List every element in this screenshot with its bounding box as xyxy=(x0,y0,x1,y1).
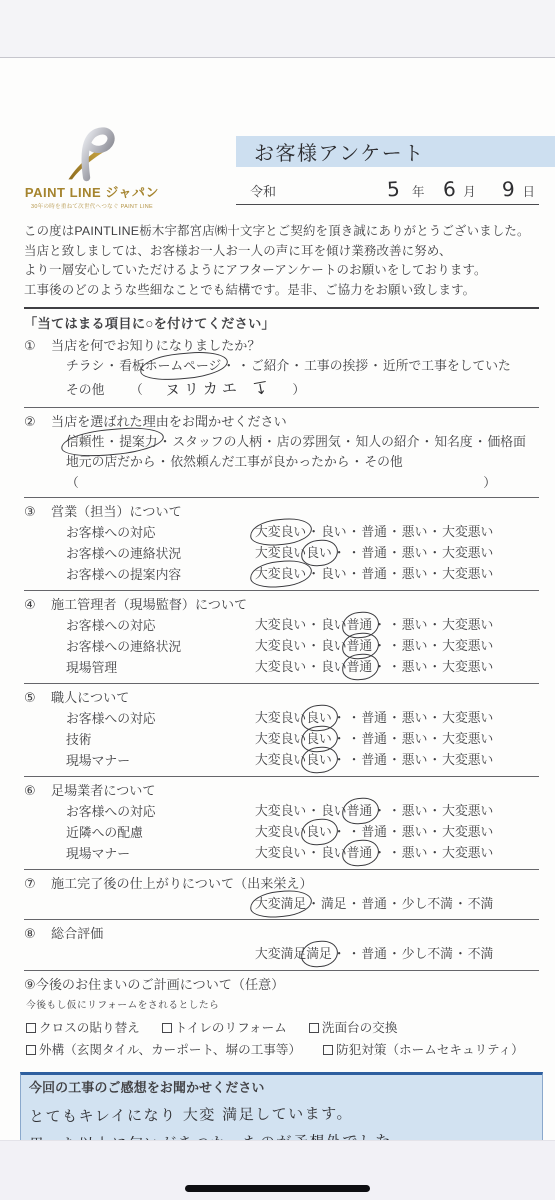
option-separator: ・ xyxy=(348,545,361,560)
option-line: 大変良い・良い普通・・悪い・大変悪い xyxy=(255,801,493,822)
option-line: チラシ・看板ホームページ・・ご紹介・工事の挨拶・近所で工事をしていた xyxy=(66,356,539,377)
option-separator: ・ xyxy=(373,638,386,653)
option-separator: ・ xyxy=(348,896,361,911)
option: 工事の挨拶 xyxy=(304,358,368,373)
rating-row: 現場マナー大変良い・良い普通・・悪い・大変悪い xyxy=(66,843,539,864)
option-separator: ・ xyxy=(428,752,441,767)
section-1: ①当店を何でお知りになりましたか？チラシ・看板ホームページ・・ご紹介・工事の挨拶… xyxy=(24,332,539,407)
paint-line-logo: PAINT LINE ジャパン 30年の時を重ねて次世代へつなぐ PAINT L… xyxy=(18,122,166,210)
option-separator: ・ xyxy=(428,731,441,746)
option: 悪い xyxy=(402,803,428,818)
option: 普通 xyxy=(361,731,387,746)
option: 普通 xyxy=(347,659,373,674)
option-line: 信頼性・提案力・スタッフの人柄・店の雰囲気・知人の紹介・知名度・価格面 xyxy=(66,432,539,453)
option: チラシ xyxy=(66,358,104,373)
option: 大変良い xyxy=(255,731,306,746)
option: 依然頼んだ工事が良かったから xyxy=(170,454,349,469)
option-separator: ・ xyxy=(428,566,441,581)
option: 不満 xyxy=(468,946,494,961)
option-separator: ・ xyxy=(373,659,386,674)
section-heading: ③営業（担当）について xyxy=(24,502,539,522)
option-line: 大変良い・良い・普通・悪い・大変悪い xyxy=(255,564,493,585)
option-line: 大変良い・良い普通・・悪い・大変悪い xyxy=(255,615,493,636)
section-heading: ①当店を何でお知りになりましたか？ xyxy=(24,336,539,356)
option-separator: ・ xyxy=(290,358,303,373)
rating-row: 大変満足・満足・普通・少し不満・不満 xyxy=(66,894,539,915)
rating-row: お客様への対応大変良い良い・・普通・悪い・大変悪い xyxy=(66,708,539,729)
rating-label: お客様への対応 xyxy=(66,801,255,822)
section-heading: ⑦施工完了後の仕上がりについて（出来栄え） xyxy=(24,874,539,894)
option: 大変悪い xyxy=(442,824,493,839)
section-number: ⑧ xyxy=(24,924,42,944)
date-month-handwritten: 6 xyxy=(442,177,456,202)
option: 大変良い xyxy=(255,752,306,767)
option-separator: ・ xyxy=(428,824,441,839)
option-separator: ・ xyxy=(333,752,346,767)
rating-row: お客様への連絡状況大変良い・良い普通・・悪い・大変悪い xyxy=(66,636,539,657)
option: 普通 xyxy=(361,524,387,539)
option-separator: ・ xyxy=(307,566,320,581)
option-separator: ・ xyxy=(263,434,276,449)
option-separator: ・ xyxy=(348,946,361,961)
option: 悪い xyxy=(402,659,428,674)
option-separator: ・ xyxy=(307,659,320,674)
photo-viewer-bottom-band xyxy=(0,1140,555,1200)
comment-box-heading: 今回の工事のご感想をお聞かせください xyxy=(29,1077,534,1096)
checkbox-row: 外構（玄関タイル、カーポート、塀の工事等）防犯対策（ホームセキュリティ） xyxy=(26,1039,539,1061)
option-line: 大変良い・良い・普通・悪い・大変悪い xyxy=(255,522,493,543)
circled-choice: 普通 xyxy=(347,615,373,636)
section-heading: ⑤職人について xyxy=(24,688,539,708)
handwritten-comment-line: 思った以上に匂いがきつかったのが予想外でした。 xyxy=(29,1128,534,1140)
option: 大変満足 xyxy=(255,896,306,911)
intro-paragraph: この度はPAINTLINE栃木宇都宮店㈱十文字とご契約を頂き誠にありがとうござい… xyxy=(24,222,539,300)
other-label: その他 xyxy=(66,378,130,402)
option: 知名度 xyxy=(434,434,472,449)
option: 良い xyxy=(321,659,347,674)
circled-choice: 大変良い xyxy=(255,564,306,585)
checkbox-item: 洗面台の交換 xyxy=(309,1017,398,1039)
option: 大変良い xyxy=(255,803,306,818)
photo-viewer-top-band xyxy=(0,0,555,58)
section-title: 職人について xyxy=(51,688,129,708)
option-separator: ・ xyxy=(222,358,235,373)
title-band: お客様アンケート xyxy=(236,136,555,167)
comment-box: 今回の工事のご感想をお聞かせください とてもキレイになり 大変 満足しています。… xyxy=(20,1072,543,1141)
option-separator: ・ xyxy=(388,566,401,581)
section-2: ②当店を選ばれた理由をお聞かせください信頼性・提案力・スタッフの人柄・店の雰囲気… xyxy=(24,407,539,497)
rating-label xyxy=(66,944,255,965)
circled-choice: 良い xyxy=(306,708,332,729)
option: 普通 xyxy=(347,803,373,818)
option-separator: ・ xyxy=(351,454,364,469)
option: 普通 xyxy=(361,946,387,961)
circled-choice: 普通 xyxy=(347,657,373,678)
survey-document: PAINT LINE ジャパン 30年の時を重ねて次世代へつなぐ PAINT L… xyxy=(0,58,555,1140)
option-separator: ・ xyxy=(388,524,401,539)
checkbox-icon xyxy=(26,1045,36,1055)
option-line: 大変満足満足・・普通・少し不満・不満 xyxy=(255,944,493,965)
option-separator: ・ xyxy=(348,710,361,725)
section-heading: ⑥足場業者について xyxy=(24,781,539,801)
option-separator: ・ xyxy=(388,617,401,632)
home-indicator[interactable] xyxy=(185,1185,370,1192)
option: 大変悪い xyxy=(442,659,493,674)
option-separator: ・ xyxy=(388,845,401,860)
rating-row: 現場管理大変良い・良い普通・・悪い・大変悪い xyxy=(66,657,539,678)
circled-choice: 普通 xyxy=(347,801,373,822)
option: 普通 xyxy=(361,710,387,725)
circled-choice: 満足 xyxy=(306,944,332,965)
option-separator: ・ xyxy=(428,710,441,725)
option: 大変良い xyxy=(255,710,306,725)
option: 普通 xyxy=(347,845,373,860)
section-body: お客様への対応大変良い・良い・普通・悪い・大変悪いお客様への連絡状況大変良い良い… xyxy=(24,522,539,585)
option: 良い xyxy=(321,803,347,818)
option-separator: ・ xyxy=(348,752,361,767)
rating-label: お客様への対応 xyxy=(66,708,255,729)
option: 悪い xyxy=(402,731,428,746)
option-separator: ・ xyxy=(421,434,434,449)
option-line: 地元の店だから・依然頼んだ工事が良かったから・その他 xyxy=(66,452,539,473)
option: 悪い xyxy=(402,617,428,632)
other-answer-row: その他（ヌリカエ↓） xyxy=(66,377,539,402)
option: 価格面 xyxy=(488,434,526,449)
circled-choice: 良い xyxy=(306,543,332,564)
section-5: ⑤職人についてお客様への対応大変良い良い・・普通・悪い・大変悪い技術大変良い良い… xyxy=(24,683,539,776)
option-separator: ・ xyxy=(307,896,320,911)
option: 大変良い xyxy=(255,824,306,839)
option: 提案力 xyxy=(119,434,157,449)
option-separator: ・ xyxy=(454,946,467,961)
section-body: 大変満足・満足・普通・少し不満・不満 xyxy=(24,894,539,915)
option-separator: ・ xyxy=(388,545,401,560)
option-separator: ・ xyxy=(388,803,401,818)
date-day-label: 日 xyxy=(522,182,535,200)
title-column: お客様アンケート 令和 5 年 6 月 9 日 xyxy=(166,122,539,205)
section-body: お客様への対応大変良い良い・・普通・悪い・大変悪い技術大変良い良い・・普通・悪い… xyxy=(24,708,539,771)
circled-choice: 普通 xyxy=(347,843,373,864)
section-title: 当店を選ばれた理由をお聞かせください xyxy=(51,412,287,432)
option: 悪い xyxy=(402,710,428,725)
option-separator: ・ xyxy=(373,617,386,632)
option: 良い xyxy=(306,545,332,560)
section-number: ③ xyxy=(24,502,42,522)
date-month-label: 月 xyxy=(463,182,476,200)
option-separator: ・ xyxy=(307,524,320,539)
option-separator: ・ xyxy=(307,638,320,653)
option-separator: ・ xyxy=(428,845,441,860)
section-number: ⑥ xyxy=(24,781,42,801)
option-separator: ・ xyxy=(333,710,346,725)
option-separator: ・ xyxy=(373,803,386,818)
option-separator: ・ xyxy=(428,524,441,539)
option-line: 大変満足・満足・普通・少し不満・不満 xyxy=(255,894,493,915)
option-separator: ・ xyxy=(428,545,441,560)
circled-choice: 信頼性・提案力 xyxy=(66,432,158,453)
checkbox-item: クロスの貼り替え xyxy=(26,1017,140,1039)
checkbox-item: トイレのリフォーム xyxy=(162,1017,287,1039)
section-number: ⑦ xyxy=(24,874,42,894)
option: 大変良い xyxy=(255,638,306,653)
option-separator: ・ xyxy=(333,824,346,839)
option: 大変悪い xyxy=(442,524,493,539)
section-body: 信頼性・提案力・スタッフの人柄・店の雰囲気・知人の紹介・知名度・価格面地元の店だ… xyxy=(24,432,539,492)
option: ホームページ xyxy=(145,358,222,373)
option: 普通 xyxy=(347,617,373,632)
circled-choice: 良い xyxy=(306,729,332,750)
circled-choice: ホームページ xyxy=(145,356,222,377)
paren-open: （ xyxy=(130,378,143,402)
rating-label: 技術 xyxy=(66,729,255,750)
option: 悪い xyxy=(402,845,428,860)
checkbox-icon xyxy=(162,1023,172,1033)
option-separator: ・ xyxy=(454,896,467,911)
option: 良い xyxy=(321,638,347,653)
circled-choice: 普通 xyxy=(347,636,373,657)
option: 良い xyxy=(306,731,332,746)
section-body: お客様への対応大変良い・良い普通・・悪い・大変悪い近隣への配慮大変良い良い・・普… xyxy=(24,801,539,864)
handwritten-answer: ヌリカエ xyxy=(164,375,241,402)
checkbox-label: トイレのリフォーム xyxy=(175,1021,287,1035)
option-line: 大変良い・良い普通・・悪い・大変悪い xyxy=(255,657,493,678)
option: 大変良い xyxy=(255,545,306,560)
page-title: お客様アンケート xyxy=(254,137,425,166)
option-separator: ・ xyxy=(388,896,401,911)
rating-row: お客様への対応大変良い・良い普通・・悪い・大変悪い xyxy=(66,801,539,822)
section-heading: ④施工管理者（現場監督）について xyxy=(24,595,539,615)
section-4: ④施工管理者（現場監督）についてお客様への対応大変良い・良い普通・・悪い・大変悪… xyxy=(24,590,539,683)
circled-choice: 良い xyxy=(306,822,332,843)
date-year-handwritten: 5 xyxy=(387,177,401,202)
logo-tagline: 30年の時を重ねて次世代へつなぐ PAINT LINE xyxy=(18,202,166,210)
section-number: ⑤ xyxy=(24,688,42,708)
section-body: お客様への対応大変良い・良い普通・・悪い・大変悪いお客様への連絡状況大変良い・良… xyxy=(24,615,539,678)
option-separator: ・ xyxy=(428,659,441,674)
comment-handwritten-area: とてもキレイになり 大変 満足しています。思った以上に匂いがきつかったのが予想外… xyxy=(29,1103,534,1141)
option-line: 大変良い良い・・普通・悪い・大変悪い xyxy=(255,708,493,729)
option-separator: ・ xyxy=(307,617,320,632)
option: 大変良い xyxy=(255,659,306,674)
option: 悪い xyxy=(402,824,428,839)
option: 普通 xyxy=(361,896,387,911)
intro-line: この度はPAINTLINE栃木宇都宮店㈱十文字とご契約を頂き誠にありがとうござい… xyxy=(24,222,539,242)
option-separator: ・ xyxy=(307,803,320,818)
section-number: ① xyxy=(24,336,42,356)
option: 少し不満 xyxy=(402,896,453,911)
paren-close: ） xyxy=(292,378,305,402)
section-body: 大変満足満足・・普通・少し不満・不満 xyxy=(24,944,539,965)
option-separator: ・ xyxy=(159,434,172,449)
date-era: 令和 xyxy=(250,181,276,200)
option-line: 大変良い良い・・普通・悪い・大変悪い xyxy=(255,729,493,750)
option: 悪い xyxy=(402,524,428,539)
option: 良い xyxy=(321,845,347,860)
plan-subtitle: 今後もし仮にリフォームをされるとしたら xyxy=(26,997,539,1011)
option-separator: ・ xyxy=(237,358,250,373)
option-separator: ・ xyxy=(474,434,487,449)
section-title: 今後のお住まいのご計画について（任意） xyxy=(36,975,285,995)
section-heading: ⑨今後のお住まいのご計画について（任意） xyxy=(24,975,539,995)
rating-label: 現場マナー xyxy=(66,843,255,864)
rating-label: 現場管理 xyxy=(66,657,255,678)
option: 少し不満 xyxy=(402,946,453,961)
option: 普通 xyxy=(361,752,387,767)
rating-row: お客様への対応大変良い・良い普通・・悪い・大変悪い xyxy=(66,615,539,636)
option: スタッフの人柄 xyxy=(172,434,262,449)
option: 不満 xyxy=(468,896,494,911)
option: 看板 xyxy=(119,358,145,373)
section-title: 当店を何でお知りになりましたか？ xyxy=(51,336,261,356)
instruction-heading: 「当てはまる項目に○を付けてください」 xyxy=(24,307,539,332)
logo-brand-text: PAINT LINE ジャパン xyxy=(18,182,166,201)
rating-label: お客様への対応 xyxy=(66,615,255,636)
option: 満足 xyxy=(321,896,347,911)
section-9: ⑨今後のお住まいのご計画について（任意）今後もし仮にリフォームをされるとしたらク… xyxy=(24,970,539,1066)
paren-open: （ xyxy=(66,473,79,492)
option: 良い xyxy=(321,524,347,539)
option-separator: ・ xyxy=(388,659,401,674)
option: 普通 xyxy=(361,566,387,581)
option: 店の雰囲気 xyxy=(277,434,341,449)
option-separator: ・ xyxy=(333,545,346,560)
option-separator: ・ xyxy=(388,638,401,653)
section-body: チラシ・看板ホームページ・・ご紹介・工事の挨拶・近所で工事をしていたその他（ヌリ… xyxy=(24,356,539,402)
section-number: ⑨ xyxy=(24,975,36,995)
rating-row: 技術大変良い良い・・普通・悪い・大変悪い xyxy=(66,729,539,750)
option: 大変悪い xyxy=(442,638,493,653)
section-heading: ⑧総合評価 xyxy=(24,924,539,944)
section-8: ⑧総合評価大変満足満足・・普通・少し不満・不満 xyxy=(24,919,539,970)
option: 大変良い xyxy=(255,617,306,632)
option: その他 xyxy=(364,454,402,469)
option-separator: ・ xyxy=(348,731,361,746)
option: 大変悪い xyxy=(442,803,493,818)
option: 大変良い xyxy=(255,845,306,860)
rating-row: 大変満足満足・・普通・少し不満・不満 xyxy=(66,944,539,965)
option: 大変悪い xyxy=(442,845,493,860)
option: 大変悪い xyxy=(442,545,493,560)
phone-screen: PAINT LINE ジャパン 30年の時を重ねて次世代へつなぐ PAINT L… xyxy=(0,0,555,1200)
checkbox-label: 洗面台の交換 xyxy=(322,1021,398,1035)
intro-line: 工事後のどのような些細なことでも結構です。是非、ご協力をお願い致します。 xyxy=(24,281,539,301)
rating-row: 近隣への配慮大変良い良い・・普通・悪い・大変悪い xyxy=(66,822,539,843)
option: 悪い xyxy=(402,566,428,581)
checkbox-label: クロスの貼り替え xyxy=(39,1021,140,1035)
option-separator: ・ xyxy=(105,358,118,373)
rating-label: お客様への連絡状況 xyxy=(66,543,255,564)
circled-choice: 大変良い xyxy=(255,522,306,543)
option-line: 大変良い・良い普通・・悪い・大変悪い xyxy=(255,636,493,657)
checkbox-icon xyxy=(309,1023,319,1033)
option: 良い xyxy=(321,566,347,581)
option: 悪い xyxy=(402,545,428,560)
intro-line: 当店と致しましては、お客様お一人お一人の声に耳を傾け業務改善に努め、 xyxy=(24,242,539,262)
option: ご紹介 xyxy=(251,358,289,373)
survey-date: 令和 5 年 6 月 9 日 xyxy=(236,177,539,205)
circled-choice: 良い xyxy=(306,750,332,771)
circled-choice: 大変満足 xyxy=(255,894,306,915)
checkbox-item: 外構（玄関タイル、カーポート、塀の工事等） xyxy=(26,1039,301,1061)
option-separator: ・ xyxy=(388,946,401,961)
option-separator: ・ xyxy=(428,803,441,818)
option: 良い xyxy=(306,752,332,767)
option-separator: ・ xyxy=(388,752,401,767)
option-separator: ・ xyxy=(342,434,355,449)
option: 大変悪い xyxy=(442,752,493,767)
option: 大変悪い xyxy=(442,731,493,746)
date-day-handwritten: 9 xyxy=(501,177,515,202)
section-heading: ②当店を選ばれた理由をお聞かせください xyxy=(24,412,539,432)
option: 良い xyxy=(321,617,347,632)
option-separator: ・ xyxy=(348,566,361,581)
checkbox-icon xyxy=(323,1045,333,1055)
option-separator: ・ xyxy=(348,524,361,539)
option-separator: ・ xyxy=(388,731,401,746)
handwritten-arrow-mark: ↓ xyxy=(253,381,267,398)
question-sections: ①当店を何でお知りになりましたか？チラシ・看板ホームページ・・ご紹介・工事の挨拶… xyxy=(24,332,539,1066)
option: 大変悪い xyxy=(442,710,493,725)
checkbox-label: 防犯対策（ホームセキュリティ） xyxy=(336,1043,524,1057)
rating-row: 現場マナー大変良い良い・・普通・悪い・大変悪い xyxy=(66,750,539,771)
option: 良い xyxy=(306,824,332,839)
option-separator: ・ xyxy=(348,824,361,839)
option: 満足 xyxy=(306,946,332,961)
document-header: PAINT LINE ジャパン 30年の時を重ねて次世代へつなぐ PAINT L… xyxy=(24,122,539,210)
checkbox-item: 防犯対策（ホームセキュリティ） xyxy=(323,1039,524,1061)
option: 大変満足 xyxy=(255,946,306,961)
option: 信頼性 xyxy=(66,434,104,449)
option: 大変良い xyxy=(255,566,306,581)
option-separator: ・ xyxy=(105,434,118,449)
option-separator: ・ xyxy=(157,454,170,469)
section-7: ⑦施工完了後の仕上がりについて（出来栄え）大変満足・満足・普通・少し不満・不満 xyxy=(24,869,539,920)
intro-line: より一層安心していただけるようにアフターアンケートのお願いをしております。 xyxy=(24,261,539,281)
section-title: 施工管理者（現場監督）について xyxy=(51,595,247,615)
rating-row: お客様への対応大変良い・良い・普通・悪い・大変悪い xyxy=(66,522,539,543)
option: 良い xyxy=(306,710,332,725)
handwritten-comment-line: とてもキレイになり 大変 満足しています。 xyxy=(29,1100,534,1126)
rating-label: お客様への対応 xyxy=(66,522,255,543)
section-number: ② xyxy=(24,412,42,432)
section-number: ④ xyxy=(24,595,42,615)
checkbox-row: クロスの貼り替えトイレのリフォーム洗面台の交換 xyxy=(26,1017,539,1039)
option-separator: ・ xyxy=(373,845,386,860)
option: 地元の店だから xyxy=(66,454,156,469)
option: 悪い xyxy=(402,638,428,653)
option: 大変良い xyxy=(255,524,306,539)
option-separator: ・ xyxy=(369,358,382,373)
option: 近所で工事をしていた xyxy=(383,358,511,373)
free-answer-row: （） xyxy=(66,473,496,492)
option: 普通 xyxy=(361,824,387,839)
paint-line-p-icon xyxy=(63,124,121,184)
option-line: 大変良い良い・・普通・悪い・大変悪い xyxy=(255,543,493,564)
rating-label xyxy=(66,894,255,915)
section-title: 施工完了後の仕上がりについて（出来栄え） xyxy=(51,874,313,894)
section-6: ⑥足場業者についてお客様への対応大変良い・良い普通・・悪い・大変悪い近隣への配慮… xyxy=(24,776,539,869)
option-separator: ・ xyxy=(388,710,401,725)
option: 普通 xyxy=(361,545,387,560)
option-line: 大変良い・良い普通・・悪い・大変悪い xyxy=(255,843,493,864)
rating-row: お客様への連絡状況大変良い良い・・普通・悪い・大変悪い xyxy=(66,543,539,564)
section-title: 営業（担当）について xyxy=(51,502,182,522)
option-line: 大変良い良い・・普通・悪い・大変悪い xyxy=(255,750,493,771)
date-year-label: 年 xyxy=(412,182,425,200)
section-title: 足場業者について xyxy=(51,781,156,801)
rating-label: 現場マナー xyxy=(66,750,255,771)
rating-label: お客様への連絡状況 xyxy=(66,636,255,657)
